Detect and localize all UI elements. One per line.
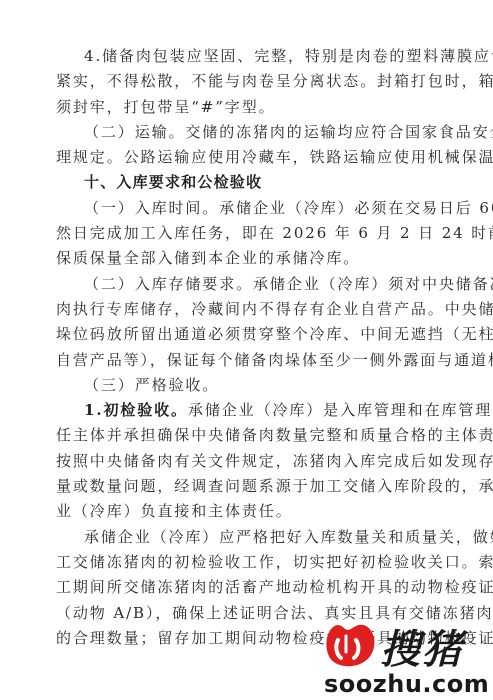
watermark-brand-cn: 搜猪: [380, 618, 464, 675]
paragraph-line: 工交储冻猪肉的初检验收工作，切实把好初检验收关口。索取加: [56, 550, 430, 575]
paragraph-line: 1.初检验收。承储企业（冷库）是入库管理和在库管理的责: [56, 398, 430, 423]
paragraph-line: 肉执行专库储存，冷藏间内不得存有企业自营产品。中央储备肉: [56, 297, 430, 322]
paragraph-line: 保质保量全部入储到本企业的承储冷库。: [56, 246, 430, 271]
paragraph-line: 然日完成加工入库任务，即在 2026 年 6 月 2 日 24 时前将冻猪肉: [56, 221, 430, 246]
paragraph-line: （二）运输。交储的冻猪肉的运输均应符合国家食品安全管: [56, 120, 430, 145]
paragraph-line: 理规定。公路运输应使用冷藏车，铁路运输应使用机械保温车。: [56, 145, 430, 170]
paragraph-line: （二）入库存储要求。承储企业（冷库）须对中央储备冻猪: [56, 272, 430, 297]
document-page: 4.储备肉包装应坚固、完整，特别是肉卷的塑料薄膜应包裹 紧实，不得松散，不能与肉…: [56, 44, 430, 651]
paragraph-text: 承储企业（冷库）是入库管理和在库管理的责: [188, 401, 493, 419]
paragraph-line: 业（冷库）负直接和主体责任。: [56, 499, 430, 524]
paragraph-line: （一）入库时间。承储企业（冷库）必须在交易日后 60 个自: [56, 196, 430, 221]
subsection-title: 1.初检验收。: [84, 401, 188, 419]
watermark-url: soozhu.com: [324, 670, 489, 698]
paragraph-line: 紧实，不得松散，不能与肉卷呈分离状态。封箱打包时，箱底必: [56, 69, 430, 94]
paragraph-line: 按照中央储备肉有关文件规定，冻猪肉入库完成后如发现存在质: [56, 449, 430, 474]
paragraph-line: 任主体并承担确保中央储备肉数量完整和质量合格的主体责任。: [56, 423, 430, 448]
paragraph-line: （三）严格验收。: [56, 373, 430, 398]
paragraph-line: 量或数量问题，经调查问题系源于加工交储入库阶段的，承储企: [56, 474, 430, 499]
paragraph-line: 4.储备肉包装应坚固、完整，特别是肉卷的塑料薄膜应包裹: [56, 44, 430, 69]
soozhu-watermark: 搜猪 soozhu.com: [322, 618, 490, 700]
section-heading: 十、入库要求和公检验收: [56, 170, 430, 195]
paragraph-line: 承储企业（冷库）应严格把好入库数量关和质量关，做好加: [56, 525, 430, 550]
pig-logo-icon: [322, 620, 378, 670]
paragraph-line: 须封牢，打包带呈“#”字型。: [56, 95, 430, 120]
paragraph-line: 工期间所交储冻猪肉的活畜产地动检机构开具的动物检疫证明: [56, 575, 430, 600]
paragraph-line: 垛位码放所留出通道必须贯穿整个冷库、中间无遮挡（无柱子及: [56, 322, 430, 347]
paragraph-line: 自营产品等），保证每个储备肉垛体至少一侧外露面与通道相邻。: [56, 348, 430, 373]
